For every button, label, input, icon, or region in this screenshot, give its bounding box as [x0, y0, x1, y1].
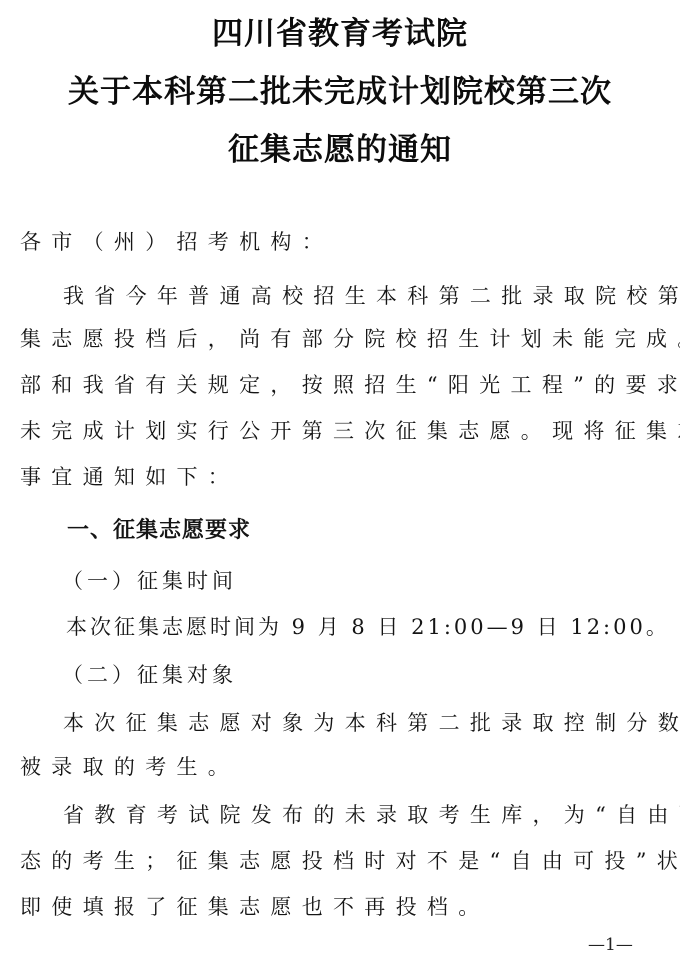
- subsection-heading-target: （二）征集对象: [62, 660, 680, 690]
- intro-paragraph-line: 我省今年普通高校招生本科第二批录取院校第二次征: [63, 281, 680, 311]
- target-text-line: 被录取的考生。: [20, 752, 660, 782]
- intro-paragraph-line: 集志愿投档后，尚有部分院校招生计划未能完成。根据教育: [20, 324, 660, 354]
- collection-time-text: 本次征集志愿时间为 9 月 8 日 21:00—9 日 12:00。: [66, 612, 680, 642]
- intro-paragraph-line: 未完成计划实行公开第三次征集志愿。现将征集志愿的有关: [20, 416, 660, 446]
- note-text-line: 态的考生；征集志愿投档时对不是“自由可投”状态的考生: [20, 846, 660, 876]
- note-text-line: 即使填报了征集志愿也不再投档。: [20, 892, 660, 922]
- target-text-line: 本次征集志愿对象为本科第二批录取控制分数线上未: [63, 708, 680, 738]
- title-subject: 关于本科第二批未完成计划院校第三次: [0, 72, 680, 112]
- subsection-heading-time: （一）征集时间: [62, 566, 680, 596]
- intro-paragraph-line: 事宜通知如下：: [20, 462, 660, 492]
- note-text-line: 省教育考试院发布的未录取考生库，为“自由可投”状: [63, 800, 680, 830]
- salutation: 各市（州）招考机构：: [20, 227, 660, 257]
- title-notice: 征集志愿的通知: [0, 130, 680, 170]
- intro-paragraph-line: 部和我省有关规定，按照招生“阳光工程”的要求，决定对: [20, 370, 660, 400]
- section-heading-requirements: 一、征集志愿要求: [67, 516, 680, 546]
- title-issuer: 四川省教育考试院: [0, 14, 680, 54]
- page-number: —1—: [588, 935, 633, 955]
